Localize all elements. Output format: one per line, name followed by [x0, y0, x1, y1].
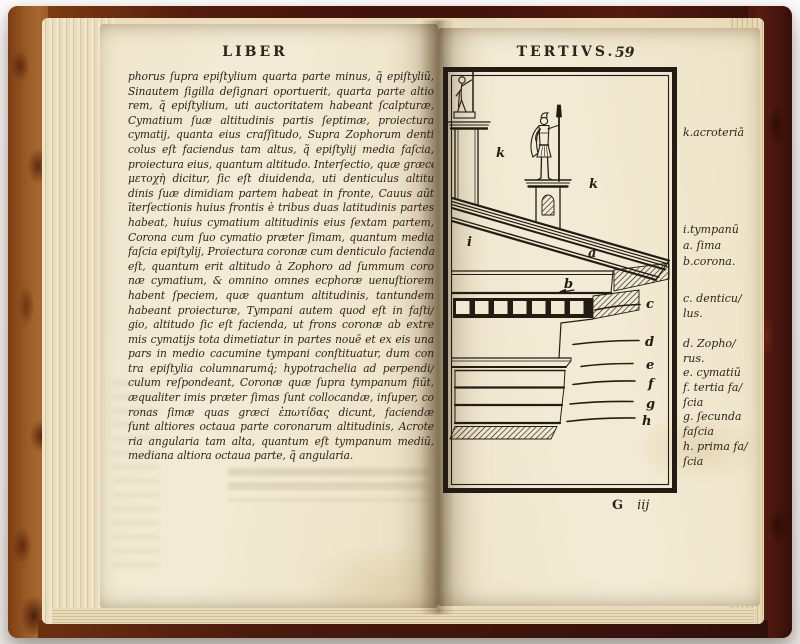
latin-text-line: æqualiter imis præter ſimas ſunt colloca…	[128, 391, 434, 406]
latin-text-line: Sinautem ſigilla deſignari oportuerit, q…	[128, 85, 434, 100]
latin-text-line: Cymatium ſuæ altitudinis partis ſeptimæ,…	[128, 114, 434, 129]
label-b: b	[564, 277, 573, 292]
gathering-signature: Giij	[612, 498, 649, 513]
corona-band	[452, 263, 669, 294]
margin-note: k.acroteriā	[683, 126, 771, 141]
latin-text-line: īterſectionis huius frontis è tribus dua…	[128, 201, 434, 216]
margin-note: b.corona.	[683, 255, 771, 270]
latin-text-line: cymatij, quanta eius craſſitudo, Supra Z…	[128, 128, 434, 143]
signature-numeral: iij	[637, 498, 649, 513]
label-a: a	[588, 246, 596, 261]
label-d: d	[645, 335, 654, 350]
margin-note-line: faſcia	[683, 425, 771, 440]
cornice-woodcut: k k i a b c d e f g h	[443, 67, 677, 493]
latin-text-line: rem, q̃ epiſtylium, uti auctoritatem hab…	[128, 99, 434, 114]
label-g: g	[646, 397, 655, 412]
running-title-left: LIBER	[205, 44, 305, 60]
latin-text-line: tra epiſtylia columnarumq́; hypotracheli…	[128, 362, 434, 377]
page-edges-bottom	[52, 608, 754, 624]
latin-text-line: colus eſt faciendus tam altus, q̃ epiſty…	[128, 143, 434, 158]
latin-text-line: eſt, quantum erit altitudo à Zophoro ad …	[128, 260, 434, 275]
latin-text-line: gio, altitudo ſic eſt facienda, ut frons…	[128, 318, 434, 333]
latin-text-line: faſcia epiſtylij, Proiectura coronæ cum …	[128, 245, 434, 260]
margin-note: i.tympanū	[683, 223, 771, 238]
margin-note-line: d. Zopho/	[683, 337, 771, 352]
label-k-left: k	[496, 146, 505, 161]
latin-text-line: μετοχὴ dicitur, ſic eſt diuidenda, uti d…	[128, 172, 434, 187]
latin-text-line: dinis ſuæ dimidiam partem habeat in fron…	[128, 187, 434, 202]
latin-text-line: mediana altiora octaua parte, q̃ angular…	[128, 449, 434, 464]
latin-text-line: ria angularia tam alta, quantum eſt tymp…	[128, 435, 434, 450]
margin-note: c. denticu/lus.	[683, 292, 771, 321]
latin-text-line: phorus ſupra epiſtylium quarta parte min…	[128, 70, 434, 85]
signature-letter: G	[612, 498, 623, 513]
fasciae-steps	[450, 371, 565, 440]
margin-note-line: h. prima fa/	[683, 440, 771, 455]
ink-showthrough-margin	[112, 380, 160, 570]
label-h: h	[642, 414, 651, 429]
margin-note: h. prima fa/ſcia	[683, 440, 771, 469]
margin-note-line: e. cymatiū	[683, 366, 771, 381]
latin-text-line: ſunt altiores octaua parte coronarum alt…	[128, 420, 434, 435]
book-photograph: LIBER phorus ſupra epiſtylium quarta par…	[0, 0, 800, 644]
margin-note-line: lus.	[683, 307, 771, 322]
latin-text-block: phorus ſupra epiſtylium quarta parte min…	[128, 70, 434, 464]
cymatium-molding	[452, 358, 571, 367]
margin-note: f. tertia fa/ſcia	[683, 381, 771, 410]
latin-text-line: proiectura eius, quantum altitudo. Inter…	[128, 158, 434, 173]
latin-text-line: habeant proiecturæ, Tympani autem quod e…	[128, 304, 434, 319]
margin-note-line: ſcia	[683, 455, 771, 470]
label-e: e	[646, 358, 654, 373]
label-k-right: k	[589, 177, 598, 192]
latin-text-line: ronas ſimæ quas græci ἐπωτίδας dicunt, f…	[128, 406, 434, 421]
zophorus-frieze	[559, 323, 561, 358]
label-f: f	[647, 377, 656, 392]
leader-lines	[567, 305, 640, 422]
margin-note-line: ſcia	[683, 396, 771, 411]
left-acroterion-statue	[454, 71, 475, 118]
running-title-right: TERTIVS.	[505, 44, 627, 60]
left-pedestal	[448, 122, 490, 206]
latin-text-line: næ cymatium, & omnino omnes ecphoræ uenu…	[128, 274, 434, 289]
architrave-underside-hatch	[450, 427, 557, 440]
margin-note-line: rus.	[683, 352, 771, 367]
central-acroterion-statue	[531, 105, 562, 181]
margin-note-line: a. ſima	[683, 239, 771, 254]
label-i: i	[467, 235, 472, 250]
margin-note-line: f. tertia fa/	[683, 381, 771, 396]
margin-note: d. Zopho/rus.	[683, 337, 771, 366]
margin-note-line: c. denticu/	[683, 292, 771, 307]
margin-note-line: k.acroteriā	[683, 126, 771, 141]
margin-note-line: i.tympanū	[683, 223, 771, 238]
margin-note-line: b.corona.	[683, 255, 771, 270]
latin-text-line: habeat, huius cymatium altitudinis eius …	[128, 216, 434, 231]
latin-text-line: culum reſpondeant, Coronæ quæ ſupra tymp…	[128, 376, 434, 391]
latin-text-line: Corona cum ſuo cymatio præter ſimam, qua…	[128, 231, 434, 246]
latin-text-line: mis cymatijs tota dimetiatur in partes n…	[128, 333, 434, 348]
page-number: 59	[615, 45, 634, 61]
latin-text-line: habent ſpeciem, quæ quantum altitudinis,…	[128, 289, 434, 304]
latin-text-line: pars in medio cacumine tympani conſtitua…	[128, 347, 434, 362]
margin-note: a. ſima	[683, 239, 771, 254]
ink-showthrough	[228, 468, 430, 512]
margin-note: e. cymatiū	[683, 366, 771, 381]
label-c: c	[646, 297, 654, 312]
margin-note: g. ſecundafaſcia	[683, 410, 771, 439]
margin-note-line: g. ſecunda	[683, 410, 771, 425]
